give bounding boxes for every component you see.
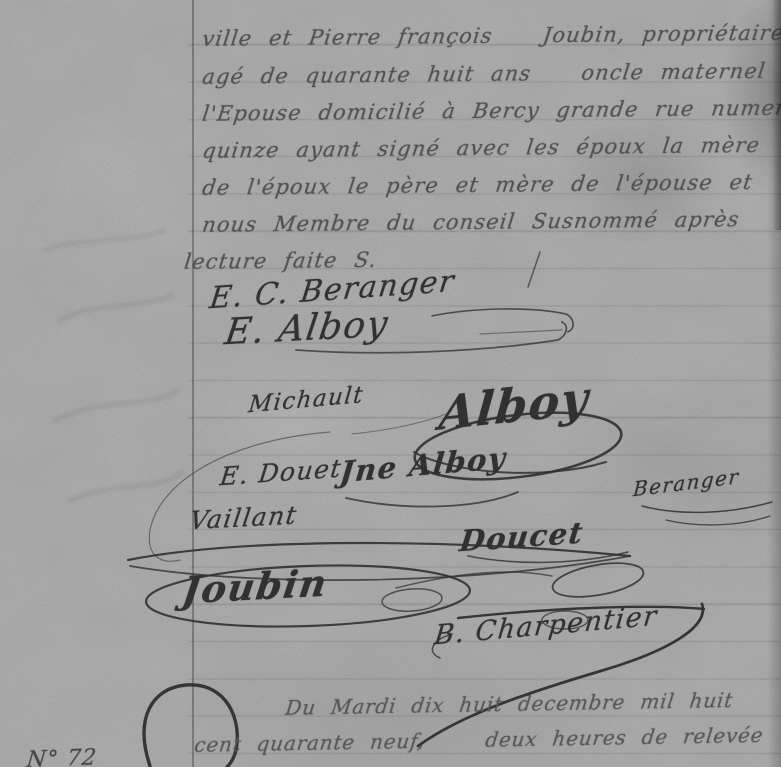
body-line-7: lecture faite S.: [183, 248, 379, 274]
signature-joubin: Joubin: [180, 560, 331, 612]
signature-vaillant: Vaillant: [188, 500, 300, 535]
margin-rule-line: [192, 0, 194, 767]
page-edge-shadow-top: [772, 0, 781, 230]
register-page-scan: ville et Pierre françois Joubin, proprié…: [0, 0, 781, 767]
act-number: N° 72: [25, 746, 98, 767]
